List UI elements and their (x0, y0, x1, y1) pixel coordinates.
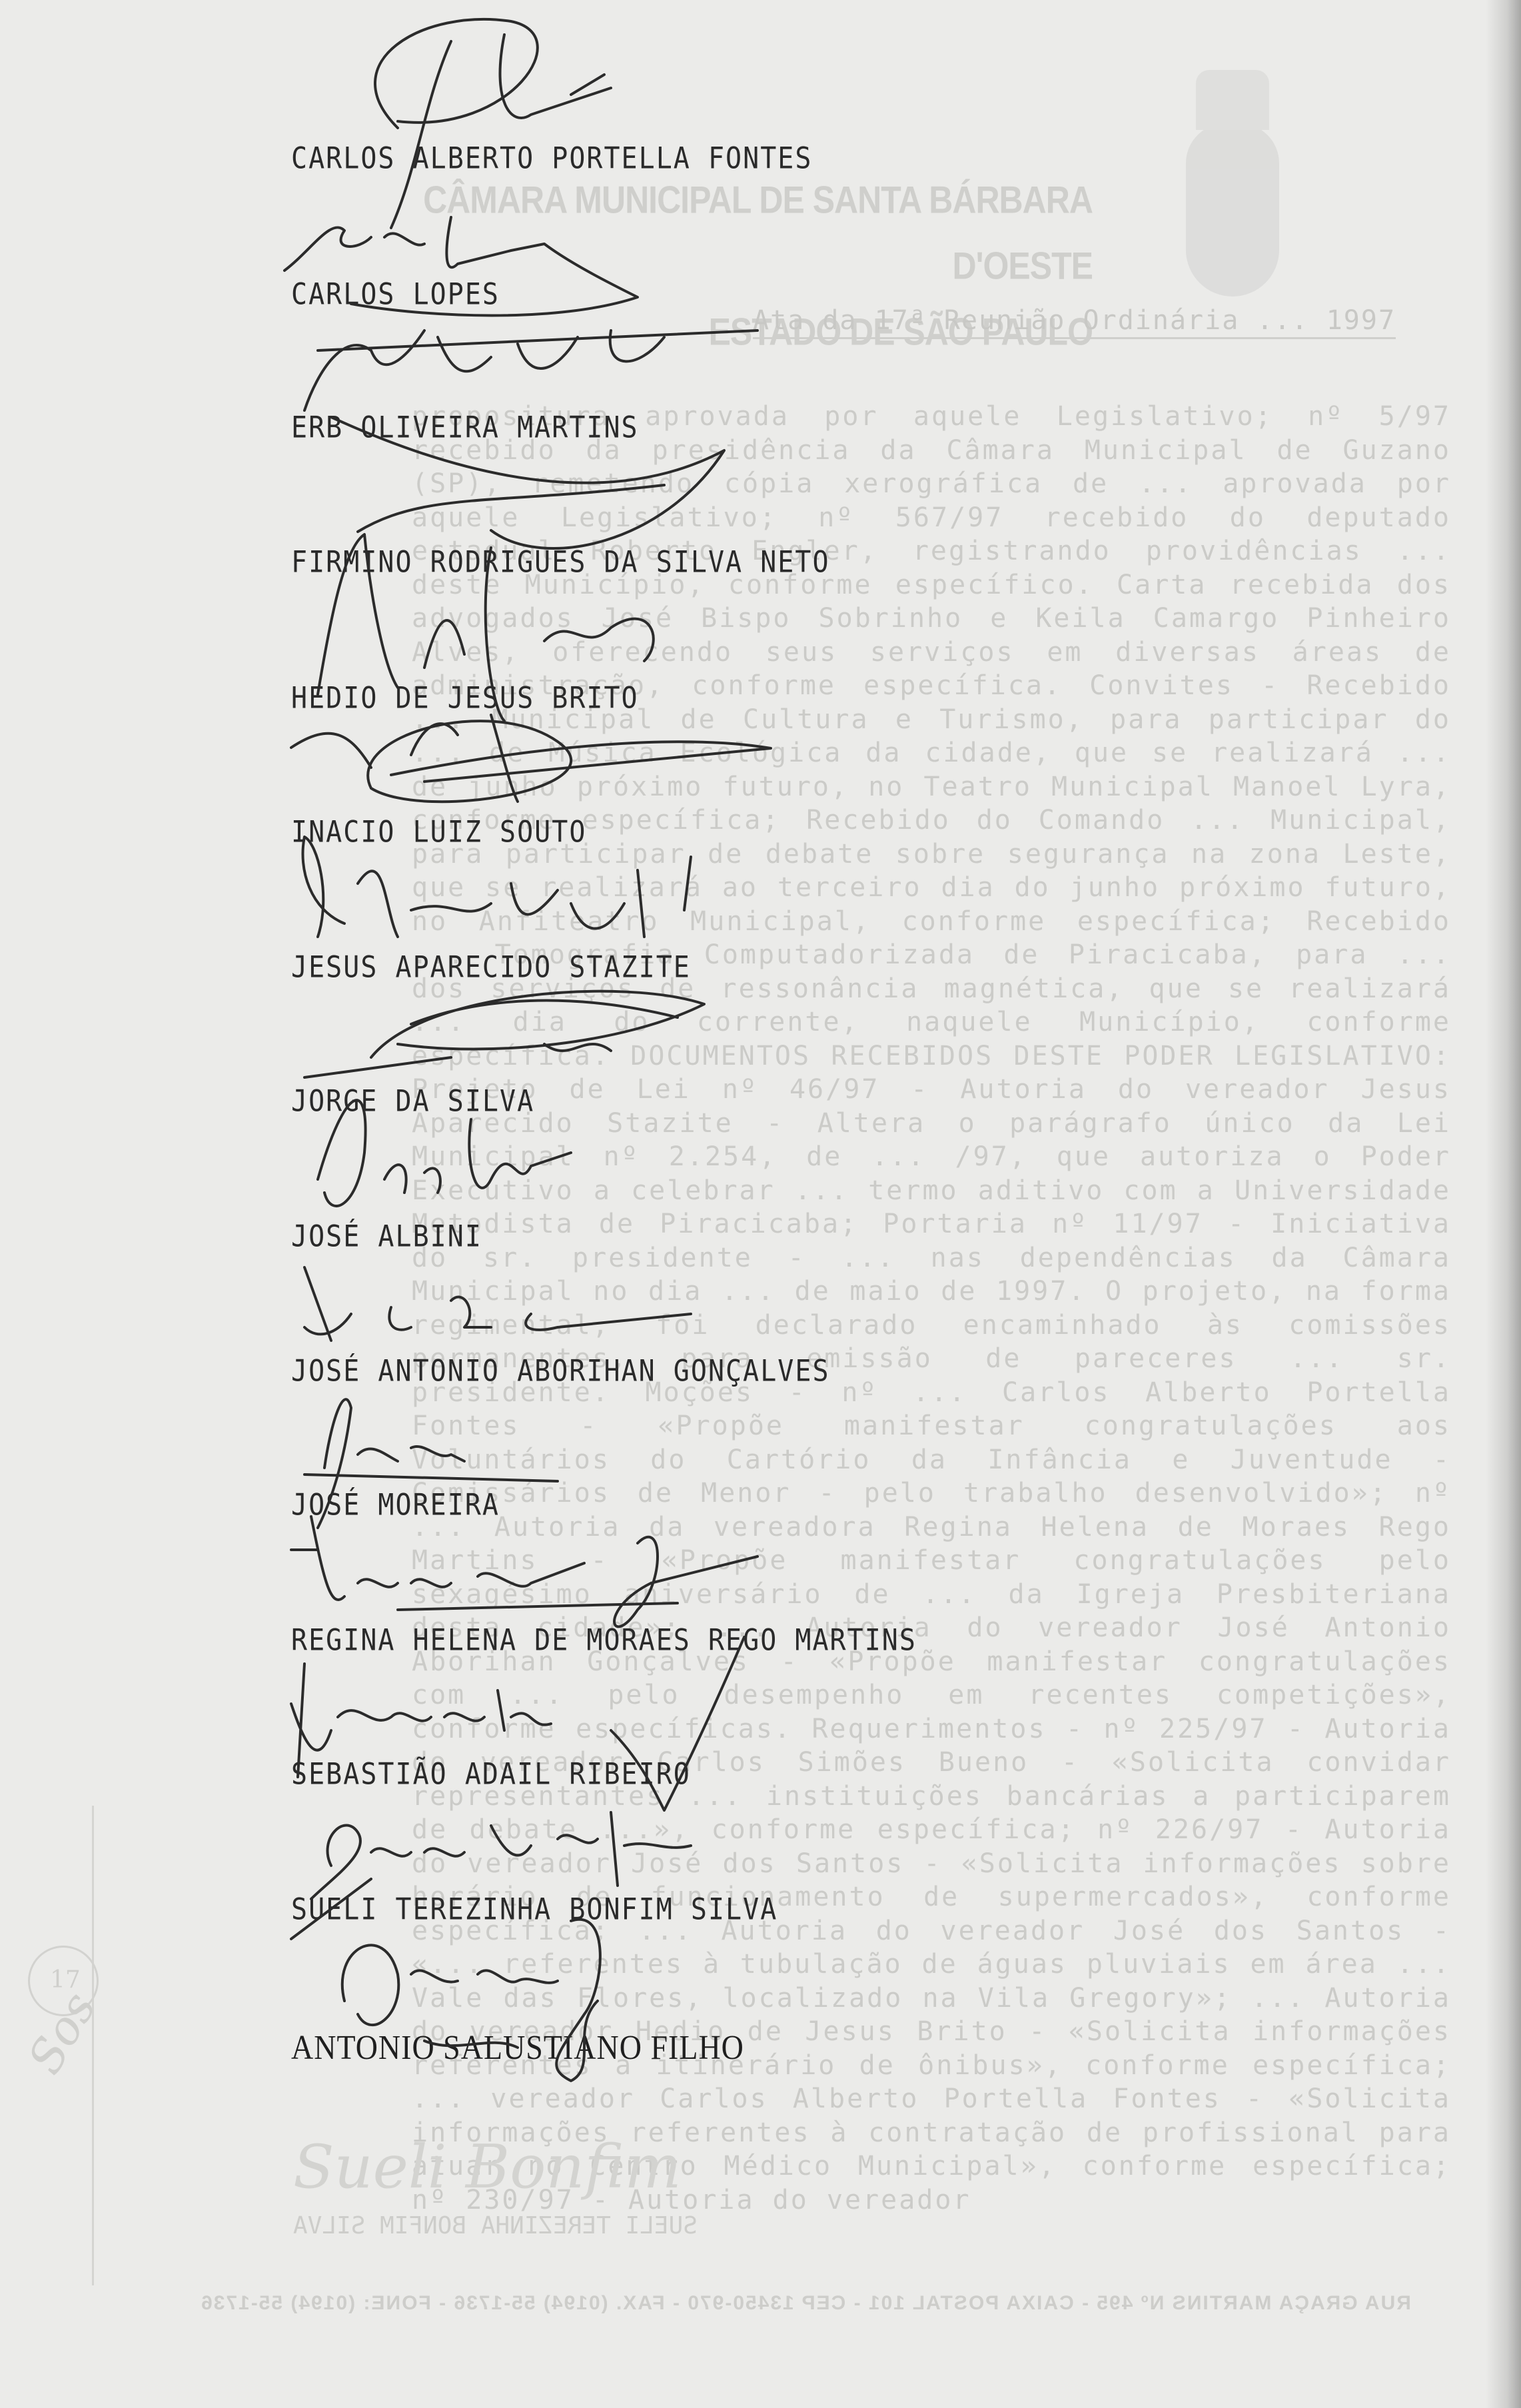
coat-of-arms-icon (1186, 123, 1279, 297)
ghost-signature: Sueli Bonfim (293, 2132, 682, 2202)
margin-rule (92, 1806, 94, 2285)
ghost-signature-name: SUELI TEREZINHA BONFIM SILVA (293, 2212, 698, 2239)
footer-address-show-through: RUA GRAÇA MARTINS Nº 495 - CAIXA POSTAL … (200, 2292, 1411, 2315)
document-title: Ata da 17ª Reunião Ordinária ... 1997 (753, 305, 1396, 339)
scanned-page: CÂMARA MUNICIPAL DE SANTA BÁRBARA D'OEST… (0, 0, 1521, 2408)
handwritten-signature (291, 1894, 824, 2094)
